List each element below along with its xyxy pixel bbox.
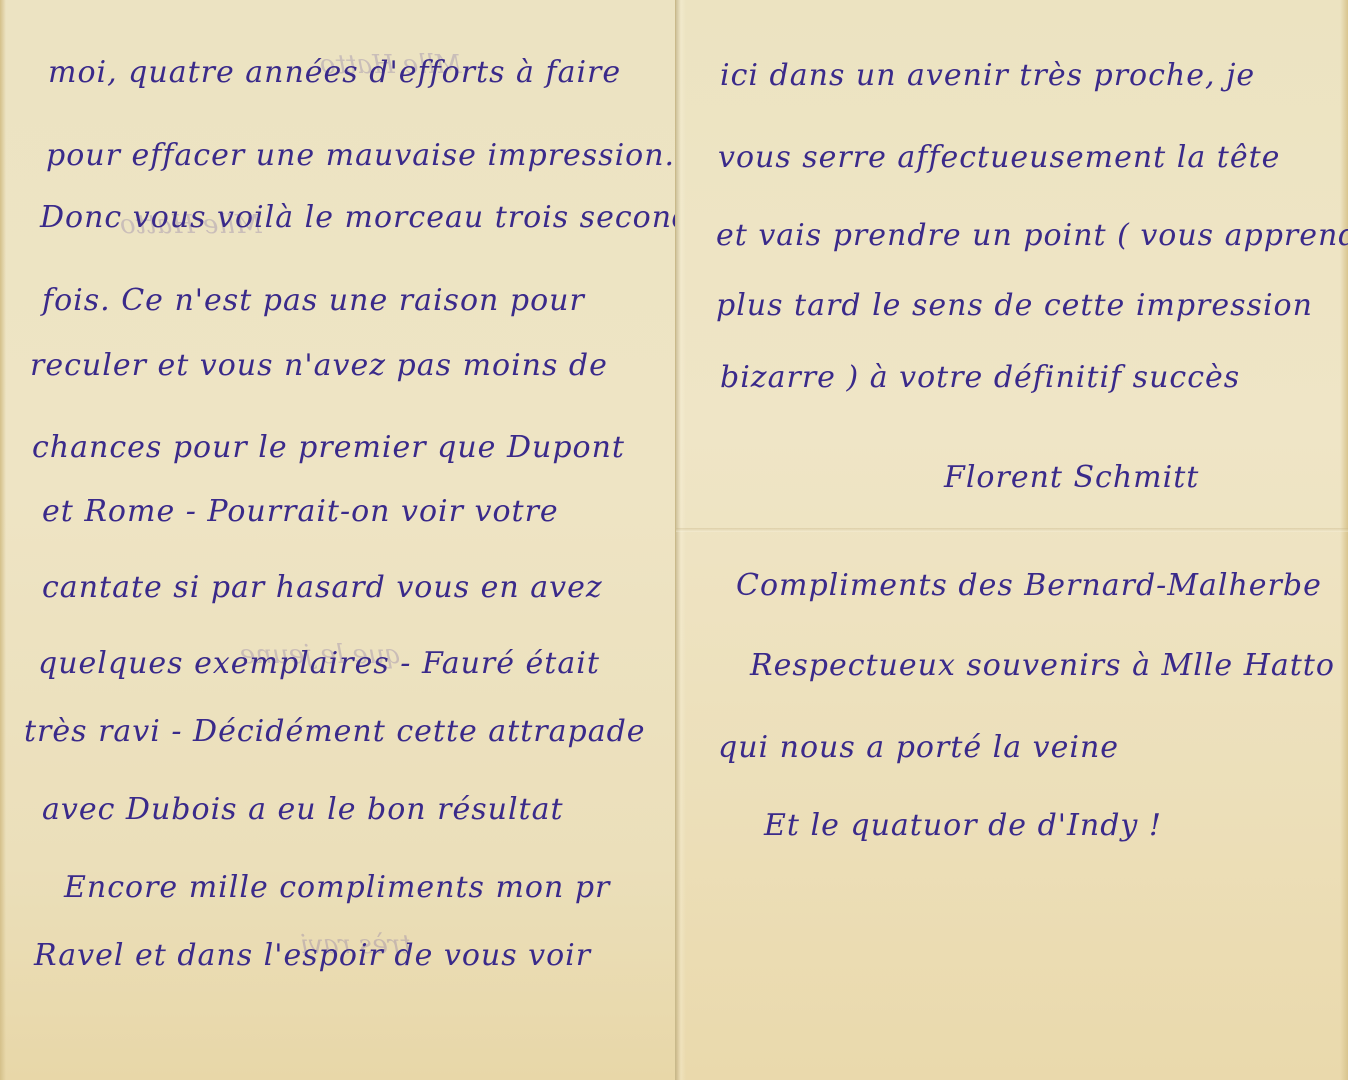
letter-line: fois. Ce n'est pas une raison pour — [42, 283, 585, 318]
signature: Florent Schmitt — [944, 460, 1199, 495]
left-page: Mlle Hatto Mlle Hatto que le jeune très … — [0, 0, 676, 1080]
letter-line: reculer et vous n'avez pas moins de — [30, 348, 608, 383]
page-edge — [0, 0, 6, 1080]
letter-line: quelques exemplaires - Fauré était — [38, 646, 600, 681]
letter-line: Encore mille compliments mon pr — [64, 870, 610, 905]
letter-line: pour effacer une mauvaise impression. — [46, 138, 675, 173]
letter-line: cantate si par hasard vous en avez — [42, 570, 603, 605]
letter-line: Ravel et dans l'espoir de vous voir — [34, 938, 591, 973]
center-fold — [676, 0, 686, 1080]
postscript-line: Et le quatuor de d'Indy ! — [764, 808, 1162, 843]
letter-spread: Mlle Hatto Mlle Hatto que le jeune très … — [0, 0, 1348, 1080]
postscript-line: Respectueux souvenirs à Mlle Hatto — [750, 648, 1335, 683]
page-edge — [1340, 0, 1348, 1080]
letter-line: Donc vous voilà le morceau trois seconds — [40, 200, 676, 235]
postscript-line: qui nous a porté la veine — [718, 730, 1119, 765]
letter-line: et Rome - Pourrait-on voir votre — [42, 494, 559, 529]
letter-line: ici dans un avenir très proche, je — [720, 58, 1255, 93]
letter-line: vous serre affectueusement la tête — [718, 140, 1280, 175]
letter-line: avec Dubois a eu le bon résultat — [42, 792, 564, 827]
horizontal-fold — [676, 528, 1348, 532]
letter-line: plus tard le sens de cette impression — [716, 288, 1313, 323]
postscript-line: Compliments des Bernard-Malherbe — [736, 568, 1322, 603]
letter-line: et vais prendre un point ( vous apprendr… — [716, 218, 1348, 253]
letter-line: chances pour le premier que Dupont — [32, 430, 625, 465]
letter-line: très ravi - Décidément cette attrapade — [24, 714, 646, 749]
right-page: ici dans un avenir très proche, je vous … — [676, 0, 1348, 1080]
letter-line: bizarre ) à votre définitif succès — [720, 360, 1240, 395]
letter-line: moi, quatre années d'efforts à faire — [48, 55, 621, 90]
